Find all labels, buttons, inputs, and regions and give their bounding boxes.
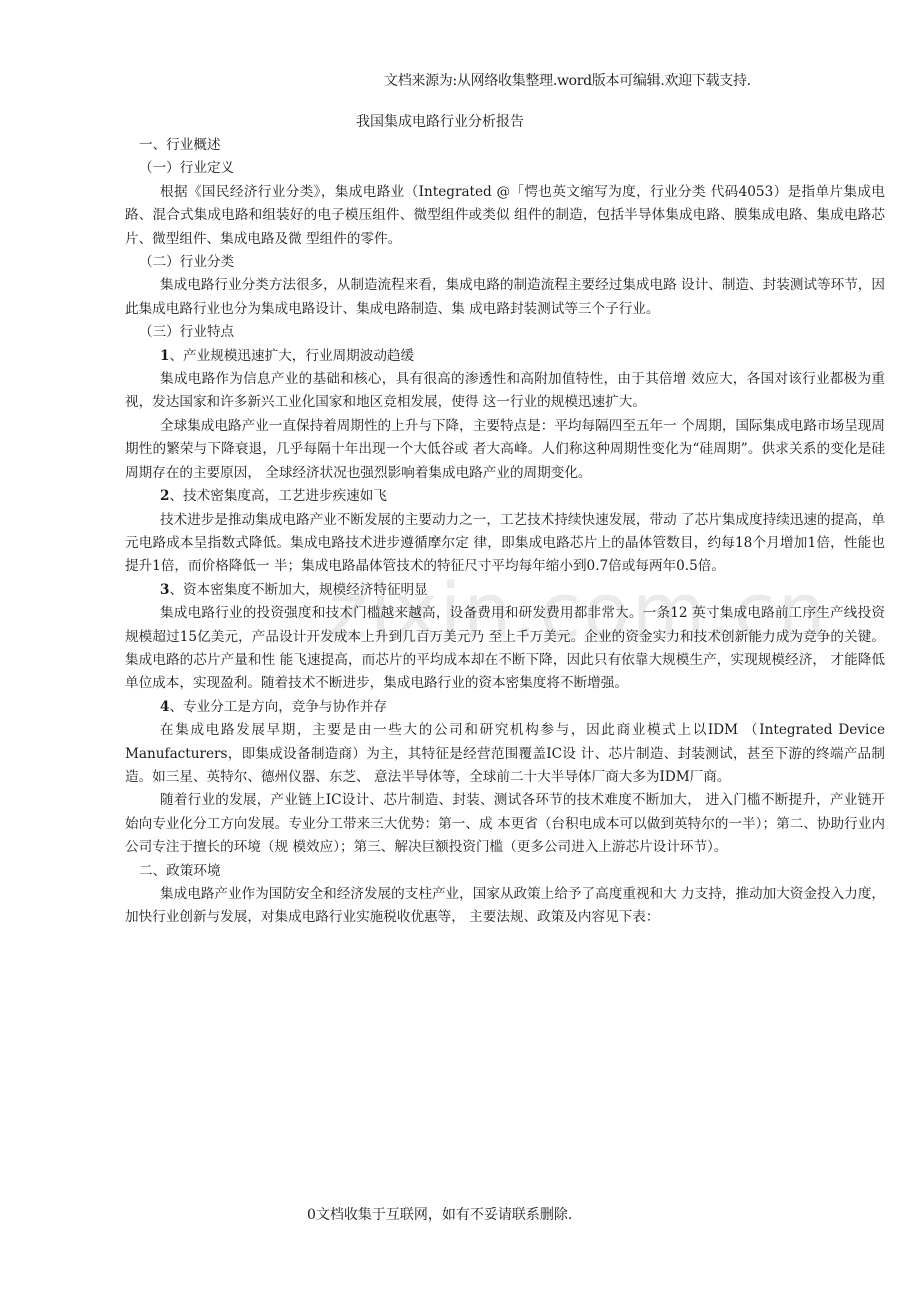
paragraph-technology: 技术进步是推动集成电路产业不断发展的主要动力之一，工艺技术持续快速发展，带动 了… <box>125 509 885 579</box>
paragraph-cycle: 全球集成电路产业一直保持着周期性的上升与下降，主要特点是：平均每隔四至五年一 个… <box>125 415 885 485</box>
point-heading-3: 3、资本密集度不断加大，规模经济特征明显 <box>125 579 885 602</box>
point-heading-2: 2、技术密集度高，工艺进步疾速如飞 <box>125 485 885 508</box>
subsection-heading-classification: （二）行业分类 <box>125 251 885 274</box>
section-heading-overview: 一、行业概述 <box>125 134 885 157</box>
paragraph-scale: 集成电路作为信息产业的基础和核心，具有很高的渗透性和高附加值特性，由于其倍增 效… <box>125 368 885 415</box>
paragraph-classification: 集成电路行业分类方法很多，从制造流程来看，集成电路的制造流程主要经过集成电路 设… <box>125 274 885 321</box>
point-title: 、技术密集度高，工艺进步疾速如飞 <box>169 488 387 504</box>
point-title: 、专业分工是方向，竞争与协作并存 <box>169 699 387 715</box>
footer-note: 0文档收集于互联网，如有不妥请联系删除. <box>307 1205 572 1225</box>
document-page: zixin.com.cn 文档来源为:从网络收集整理.word版本可编辑.欢迎下… <box>0 0 920 1302</box>
point-heading-4: 4、专业分工是方向，竞争与协作并存 <box>125 696 885 719</box>
paragraph-definition: 根据《国民经济行业分类》，集成电路业（Integrated @「愕也英文缩写为度… <box>125 181 885 251</box>
document-body: 一、行业概述 （一）行业定义 根据《国民经济行业分类》，集成电路业（Integr… <box>125 134 885 930</box>
point-heading-1: 1、产业规模迅速扩大，行业周期波动趋缓 <box>125 345 885 368</box>
paragraph-policy: 集成电路产业作为国防安全和经济发展的支柱产业，国家从政策上给予了高度重视和大 力… <box>125 883 885 930</box>
paragraph-idm: 在集成电路发展早期，主要是由一些大的公司和研究机构参与，因此商业模式上以IDM … <box>125 719 885 789</box>
point-title: 、资本密集度不断加大，规模经济特征明显 <box>169 582 427 598</box>
section-heading-policy: 二、政策环境 <box>125 860 885 883</box>
paragraph-specialization: 随着行业的发展，产业链上IC设计、芯片制造、封装、测试各环节的技术难度不断加大，… <box>125 789 885 859</box>
subsection-heading-characteristics: （三）行业特点 <box>125 321 885 344</box>
document-title: 我国集成电路行业分析报告 <box>356 112 524 132</box>
subsection-heading-definition: （一）行业定义 <box>125 157 885 180</box>
header-note: 文档来源为:从网络收集整理.word版本可编辑.欢迎下载支持. <box>384 71 751 91</box>
point-title: 、产业规模迅速扩大，行业周期波动趋缓 <box>169 348 414 364</box>
paragraph-capital: 集成电路行业的投资强度和技术门槛越来越高，设备费用和研发费用都非常大。一条12 … <box>125 602 885 696</box>
